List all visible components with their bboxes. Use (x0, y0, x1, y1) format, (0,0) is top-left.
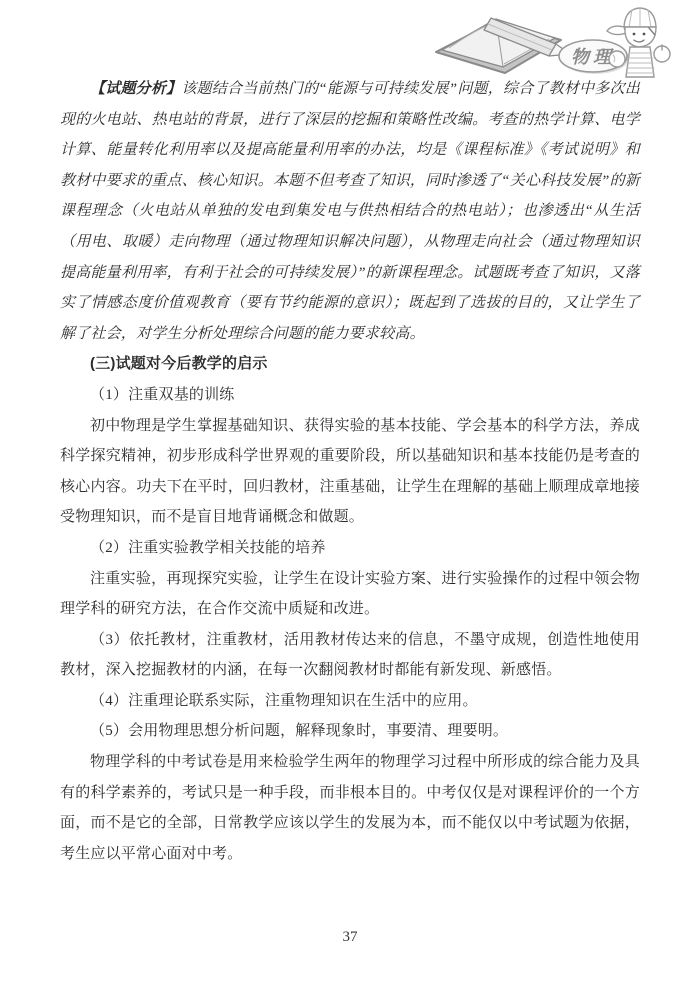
header-illustration: 物理 (428, 0, 673, 85)
item-5-paragraph: （5）会用物理思想分析问题，解释现象时，事要清、理要明。 (60, 716, 640, 747)
student-mascot-icon (607, 8, 670, 77)
item-3-paragraph: （3）依托教材，注重教材，活用教材传达来的信息，不墨守成规，创造性地使用教材，深… (60, 625, 640, 686)
badge-label: 物理 (571, 47, 615, 67)
page-body-text: 【试题分析】该题结合当前热门的“能源与可持续发展”问题，综合了教材中多次出现的火… (60, 74, 640, 869)
item-2-heading: （2）注重实验教学相关技能的培养 (60, 533, 640, 564)
item-4-paragraph: （4）注重理论联系实际，注重物理知识在生活中的应用。 (60, 686, 640, 717)
analysis-paragraph: 【试题分析】该题结合当前热门的“能源与可持续发展”问题，综合了教材中多次出现的火… (60, 74, 640, 349)
closing-paragraph: 物理学科的中考试卷是用来检验学生两年的物理学习过程中所形成的综合能力及具有的科学… (60, 747, 640, 869)
section-heading: (三)试题对今后教学的启示 (60, 349, 640, 380)
document-page: 物理 【试题分析】该题结合当前热门的“能源与可持续发展”问题，综合了教材中多次出… (0, 0, 700, 986)
analysis-text: 该题结合当前热门的“能源与可持续发展”问题，综合了教材中多次出现的火电站、热电站… (60, 81, 640, 342)
analysis-label: 【试题分析】 (90, 81, 181, 97)
paragraph-experiment: 注重实验，再现探究实验，让学生在设计实验方案、进行实验操作的过程中领会物理学科的… (60, 564, 640, 625)
page-number: 37 (0, 929, 700, 946)
item-1-heading: （1）注重双基的训练 (60, 380, 640, 411)
paragraph-basics: 初中物理是学生掌握基础知识、获得实验的基本技能、学会基本的科学方法，养成科学探究… (60, 411, 640, 533)
